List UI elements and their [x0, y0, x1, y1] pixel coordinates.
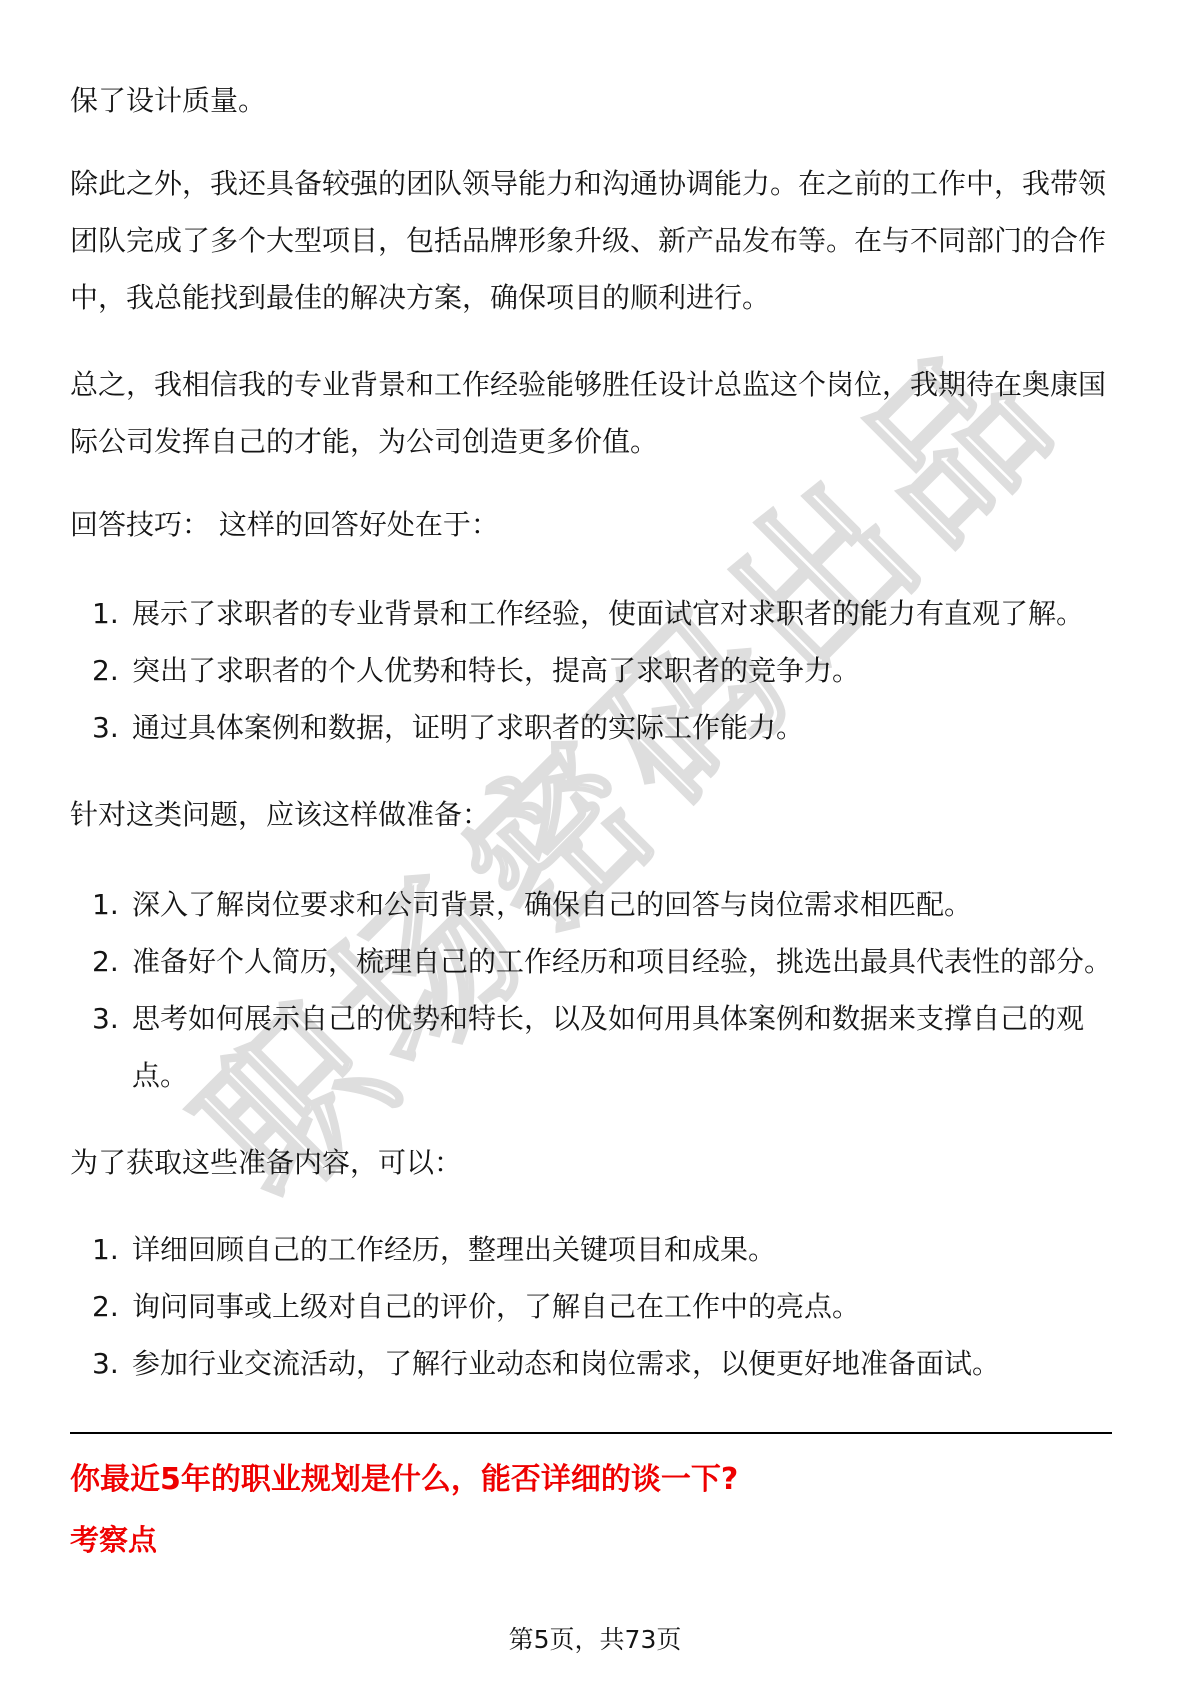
list-item: 展示了求职者的专业背景和工作经验，使面试官对求职者的能力有直观了解。 [70, 585, 1112, 642]
paragraph-teamwork: 除此之外，我还具备较强的团队领导能力和沟通协调能力。在之前的工作中，我带领团队完… [70, 155, 1112, 326]
list-item: 询问同事或上级对自己的评价，了解自己在工作中的亮点。 [70, 1278, 1112, 1335]
document-page: 职场密码出品 保了设计质量。 除此之外，我还具备较强的团队领导能力和沟通协调能力… [0, 0, 1190, 1684]
list-item: 通过具体案例和数据，证明了求职者的实际工作能力。 [70, 699, 1112, 756]
document-body: 保了设计质量。 除此之外，我还具备较强的团队领导能力和沟通协调能力。在之前的工作… [70, 72, 1112, 1558]
inspection-point-label: 考察点 [70, 1522, 1112, 1558]
list-item: 参加行业交流活动，了解行业动态和岗位需求，以便更好地准备面试。 [70, 1335, 1112, 1392]
list-item: 突出了求职者的个人优势和特长，提高了求职者的竞争力。 [70, 642, 1112, 699]
acquire-label: 为了获取这些准备内容，可以： [70, 1134, 1112, 1191]
paragraph-quality-tail: 保了设计质量。 [70, 72, 1112, 129]
list-item: 详细回顾自己的工作经历，整理出关键项目和成果。 [70, 1221, 1112, 1278]
section-divider [70, 1432, 1112, 1434]
prepare-label: 针对这类问题，应该这样做准备： [70, 786, 1112, 843]
list-acquire-steps: 详细回顾自己的工作经历，整理出关键项目和成果。 询问同事或上级对自己的评价，了解… [70, 1221, 1112, 1392]
next-question-heading: 你最近5年的职业规划是什么，能否详细的谈一下? [70, 1460, 1112, 1500]
list-prepare-steps: 深入了解岗位要求和公司背景，确保自己的回答与岗位需求相匹配。 准备好个人简历，梳… [70, 876, 1112, 1104]
footer-page-number: 第5页，共73页 [0, 1620, 1190, 1656]
list-item: 深入了解岗位要求和公司背景，确保自己的回答与岗位需求相匹配。 [70, 876, 1112, 933]
paragraph-summary: 总之，我相信我的专业背景和工作经验能够胜任设计总监这个岗位，我期待在奥康国际公司… [70, 356, 1112, 470]
list-item: 思考如何展示自己的优势和特长，以及如何用具体案例和数据来支撑自己的观点。 [70, 990, 1112, 1104]
list-answer-benefits: 展示了求职者的专业背景和工作经验，使面试官对求职者的能力有直观了解。 突出了求职… [70, 585, 1112, 756]
answer-tips-label: 回答技巧： 这样的回答好处在于： [70, 496, 1112, 553]
list-item: 准备好个人简历，梳理自己的工作经历和项目经验，挑选出最具代表性的部分。 [70, 933, 1112, 990]
